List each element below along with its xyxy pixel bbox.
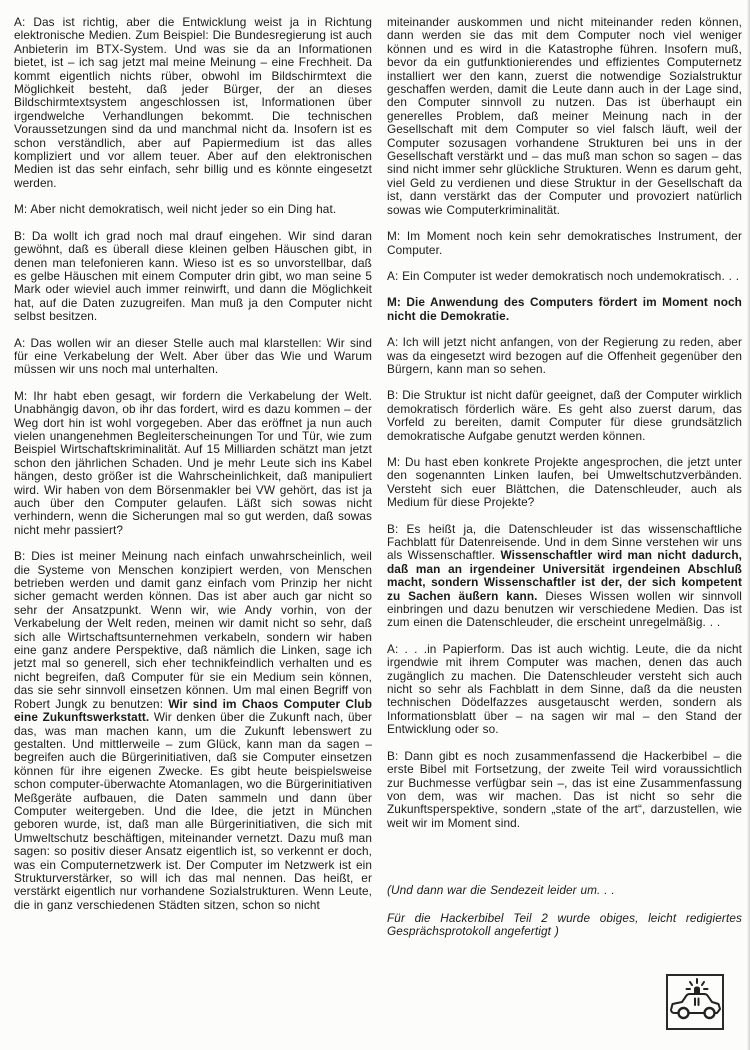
scan-speck-artifact (627, 758, 630, 761)
body-text: B: Da wollt ich grad noch mal drauf eing… (14, 229, 372, 323)
paragraph: A: Ein Computer ist weder demokratisch n… (387, 270, 742, 283)
paragraph: M: Aber nicht demokratisch, weil nicht j… (14, 203, 372, 216)
paragraph: B: Es heißt ja, die Datenschleuder ist d… (387, 523, 742, 630)
paragraph: Für die Hackerbibel Teil 2 wurde obiges,… (387, 912, 742, 939)
paragraph: miteinander auskommen und nicht miteinan… (387, 16, 742, 217)
body-text: B: Die Struktur ist nicht dafür geeignet… (387, 388, 742, 442)
right-column-paragraphs: miteinander auskommen und nicht miteinan… (387, 16, 742, 830)
paragraph: A: Das wollen wir an dieser Stelle auch … (14, 337, 372, 377)
paragraph: M: Ihr habt eben gesagt, wir fordern die… (14, 390, 372, 537)
body-text: M: Im Moment noch kein sehr demokratisch… (387, 229, 742, 256)
body-text: (Und dann war die Sendezeit leider um. .… (387, 883, 615, 897)
body-text: B: Dann gibt es noch zusammenfassend die… (387, 749, 742, 830)
body-text: M: Du hast eben konkrete Projekte angesp… (387, 455, 742, 509)
body-text: M: Ihr habt eben gesagt, wir fordern die… (14, 389, 372, 537)
body-text: A: . . .in Papierform. Das ist auch wich… (387, 642, 742, 736)
paragraph: A: Ich will jetzt nicht anfangen, von de… (387, 336, 742, 376)
emphasized-text: M: Die Anwendung des Computers fördert i… (387, 295, 742, 322)
body-text: M: Aber nicht demokratisch, weil nicht j… (14, 202, 336, 216)
body-text: B: Dies ist meiner Meinung nach einfach … (14, 549, 372, 710)
body-text: Für die Hackerbibel Teil 2 wurde obiges,… (387, 911, 742, 938)
left-column: A: Das ist richtig, aber die Entwicklung… (14, 16, 372, 912)
body-text: miteinander auskommen und nicht miteinan… (387, 15, 742, 217)
right-column: miteinander auskommen und nicht miteinan… (387, 16, 742, 952)
body-text: A: Das ist richtig, aber die Entwicklung… (14, 15, 372, 190)
closing-notes: (Und dann war die Sendezeit leider um. .… (387, 884, 742, 938)
body-text: A: Ein Computer ist weder demokratisch n… (387, 269, 739, 283)
police-car-icon (666, 974, 724, 1030)
paragraph: M: Du hast eben konkrete Projekte angesp… (387, 456, 742, 510)
paragraph: B: Dies ist meiner Meinung nach einfach … (14, 550, 372, 912)
body-text: A: Das wollen wir an dieser Stelle auch … (14, 336, 372, 377)
paragraph: (Und dann war die Sendezeit leider um. .… (387, 884, 742, 897)
paragraph: A: Das ist richtig, aber die Entwicklung… (14, 16, 372, 190)
paragraph: B: Da wollt ich grad noch mal drauf eing… (14, 230, 372, 324)
body-text: Wir denken über die Zukunft nach, über d… (14, 710, 372, 912)
scanned-page: A: Das ist richtig, aber die Entwicklung… (0, 0, 750, 1050)
paragraph: B: Die Struktur ist nicht dafür geeignet… (387, 389, 742, 443)
body-text: A: Ich will jetzt nicht anfangen, von de… (387, 335, 742, 376)
paragraph: A: . . .in Papierform. Das ist auch wich… (387, 643, 742, 737)
paragraph: M: Die Anwendung des Computers fördert i… (387, 296, 742, 323)
paragraph: B: Dann gibt es noch zusammenfassend die… (387, 750, 742, 830)
paragraph: M: Im Moment noch kein sehr demokratisch… (387, 230, 742, 257)
